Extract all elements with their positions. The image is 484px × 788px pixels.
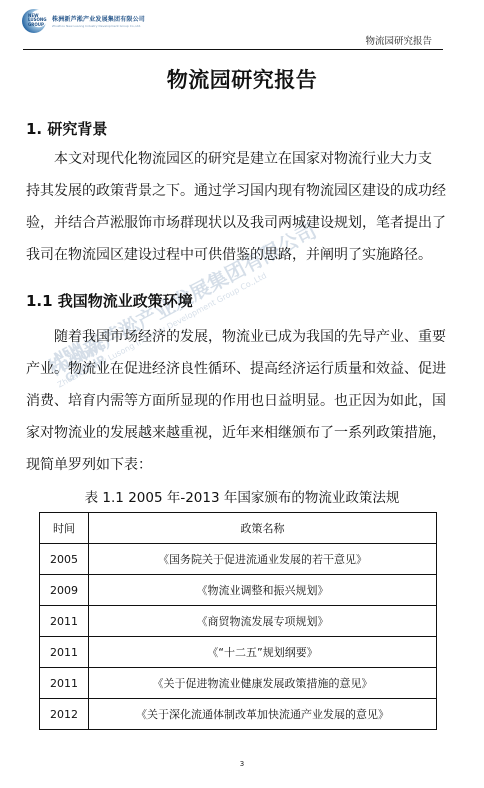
company-logo: NEW LUSONG GROUP 株洲新芦淞产业发展集团有限公司 Zhuzhou…	[22, 9, 152, 33]
cell-policy-name: 《国务院关于促进流通业发展的若干意见》	[89, 544, 437, 575]
logo-mark-text: NEW LUSONG GROUP	[28, 14, 48, 27]
table-header-row: 时间 政策名称	[40, 513, 437, 544]
paragraph-line: 我司在物流园区建设过程中可供借鉴的思路，并阐明了实施路径。	[26, 239, 440, 271]
paragraph-policy-environment: 随着我国市场经济的发展，物流业已成为我国的先导产业、重要 产业。物流业在促进经济…	[26, 321, 440, 481]
table-row: 2012 《关于深化流通体制改革加快流通产业发展的意见》	[40, 699, 437, 730]
document-title: 物流园研究报告	[0, 64, 484, 94]
paragraph-line: 产业。物流业在促进经济良性循环、提高经济运行质量和效益、促进	[26, 353, 440, 385]
page-number: 3	[0, 760, 484, 768]
paragraph-line: 随着我国市场经济的发展，物流业已成为我国的先导产业、重要	[26, 321, 440, 353]
document-page: NEW LUSONG GROUP 株洲新芦淞产业发展集团有限公司 Zhuzhou…	[0, 0, 484, 788]
running-header-title: 物流园研究报告	[365, 33, 432, 47]
table-row: 2011 《商贸物流发展专项规划》	[40, 606, 437, 637]
paragraph-line: 本文对现代化物流园区的研究是建立在国家对物流行业大力支	[26, 143, 440, 175]
cell-policy-name: 《关于促进物流业健康发展政策措施的意见》	[89, 668, 437, 699]
cell-policy-name: 《“十二五”规划纲要》	[89, 637, 437, 668]
table-row: 2011 《“十二五”规划纲要》	[40, 637, 437, 668]
table-row: 2005 《国务院关于促进流通业发展的若干意见》	[40, 544, 437, 575]
cell-year: 2005	[40, 544, 89, 575]
paragraph-line: 现简单罗列如下表：	[26, 449, 440, 481]
cell-year: 2011	[40, 668, 89, 699]
table-row: 2009 《物流业调整和振兴规划》	[40, 575, 437, 606]
paragraph-line: 验，并结合芦淞服饰市场群现状以及我司两城建设规划，笔者提出了	[26, 207, 440, 239]
company-name-en: Zhuzhou New Lusong Industry Development …	[52, 24, 145, 28]
table-row: 2011 《关于促进物流业健康发展政策措施的意见》	[40, 668, 437, 699]
section-heading-policy-environment: 1.1 我国物流业政策环境	[26, 290, 193, 311]
cell-year: 2011	[40, 606, 89, 637]
cell-year: 2012	[40, 699, 89, 730]
paragraph-line: 家对物流业的发展越来越重视，近年来相继颁布了一系列政策措施，	[26, 417, 440, 449]
header-rule	[23, 49, 443, 50]
cell-policy-name: 《关于深化流通体制改革加快流通产业发展的意见》	[89, 699, 437, 730]
paragraph-line: 消费、培育内需等方面所显现的作用也日益明显。也正因为如此，国	[26, 385, 440, 417]
column-header-year: 时间	[40, 513, 89, 544]
company-name-cn: 株洲新芦淞产业发展集团有限公司	[52, 14, 145, 23]
cell-year: 2009	[40, 575, 89, 606]
logo-globe-icon: NEW LUSONG GROUP	[22, 9, 48, 33]
cell-year: 2011	[40, 637, 89, 668]
cell-policy-name: 《物流业调整和振兴规划》	[89, 575, 437, 606]
cell-policy-name: 《商贸物流发展专项规划》	[89, 606, 437, 637]
policy-table: 时间 政策名称 2005 《国务院关于促进流通业发展的若干意见》 2009 《物…	[39, 512, 437, 730]
section-heading-research-background: 1. 研究背景	[26, 118, 107, 139]
paragraph-research-background: 本文对现代化物流园区的研究是建立在国家对物流行业大力支 持其发展的政策背景之下。…	[26, 143, 440, 271]
column-header-policy-name: 政策名称	[89, 513, 437, 544]
paragraph-line: 持其发展的政策背景之下。通过学习国内现有物流园区建设的成功经	[26, 175, 440, 207]
table-caption: 表 1.1 2005 年-2013 年国家颁布的物流业政策法规	[0, 486, 484, 506]
